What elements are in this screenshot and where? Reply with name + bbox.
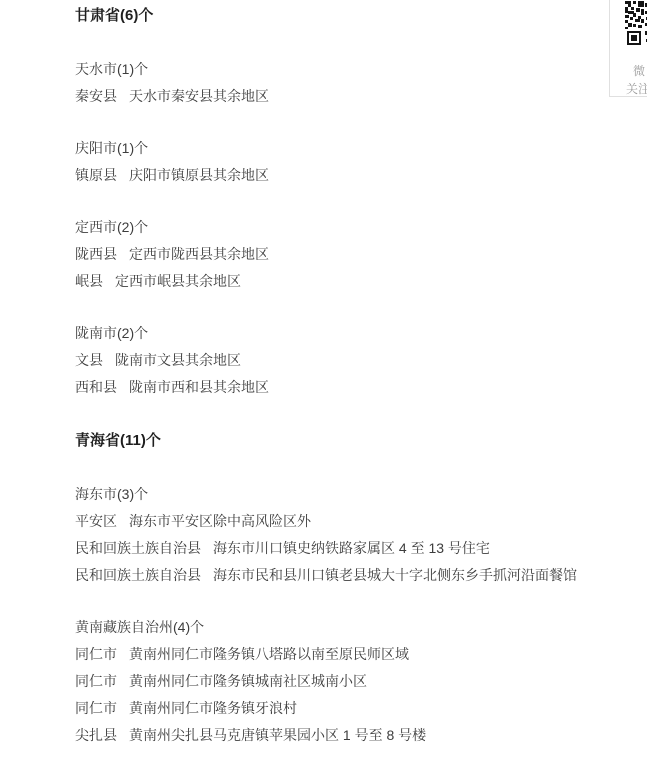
county-name: 镇原县 — [75, 167, 117, 183]
area-description: 黄南州同仁市隆务镇牙浪村 — [129, 700, 297, 716]
area-description: 海东市平安区除中高风险区外 — [129, 513, 311, 529]
risk-area-entry: 平安区海东市平安区除中高风险区外 — [75, 508, 595, 535]
county-name: 同仁市 — [75, 700, 117, 716]
county-name: 民和回族土族自治县 — [75, 567, 201, 583]
wechat-scan-label: 微 — [633, 64, 645, 78]
risk-area-entry: 同仁市黄南州同仁市隆务镇八塔路以南至原民师区域 — [75, 641, 595, 668]
county-name: 西和县 — [75, 379, 117, 395]
county-name: 同仁市 — [75, 673, 117, 689]
wechat-follow-label: 关注 — [626, 82, 647, 96]
county-name: 民和回族土族自治县 — [75, 540, 201, 556]
qr-code-icon — [625, 1, 647, 47]
risk-area-entry: 民和回族土族自治县海东市川口镇史纳铁路家属区 4 至 13 号住宅 — [75, 535, 595, 562]
city-group: 黄南藏族自治州(4)个同仁市黄南州同仁市隆务镇八塔路以南至原民师区域同仁市黄南州… — [75, 614, 595, 749]
risk-area-entry: 同仁市黄南州同仁市隆务镇城南社区城南小区 — [75, 668, 595, 695]
risk-area-entry: 秦安县天水市秦安县其余地区 — [75, 83, 595, 110]
city-heading: 定西市(2)个 — [75, 214, 595, 241]
area-description: 海东市民和县川口镇老县城大十字北侧东乡手抓河沿面餐馆 — [213, 567, 577, 583]
area-description: 陇南市文县其余地区 — [115, 352, 241, 368]
city-group: 定西市(2)个陇西县定西市陇西县其余地区岷县定西市岷县其余地区 — [75, 214, 595, 295]
county-name: 同仁市 — [75, 646, 117, 662]
province-heading: 甘肃省(6)个 — [75, 2, 595, 29]
province-heading: 青海省(11)个 — [75, 427, 595, 454]
city-heading: 庆阳市(1)个 — [75, 135, 595, 162]
city-group: 海东市(3)个平安区海东市平安区除中高风险区外民和回族土族自治县海东市川口镇史纳… — [75, 481, 595, 589]
risk-area-entry: 同仁市黄南州同仁市隆务镇牙浪村 — [75, 695, 595, 722]
county-name: 文县 — [75, 352, 103, 368]
area-description: 庆阳市镇原县其余地区 — [129, 167, 269, 183]
area-description: 海东市川口镇史纳铁路家属区 4 至 13 号住宅 — [213, 540, 490, 556]
county-name: 尖扎县 — [75, 727, 117, 743]
county-name: 陇西县 — [75, 246, 117, 262]
city-heading: 陇南市(2)个 — [75, 320, 595, 347]
county-name: 秦安县 — [75, 88, 117, 104]
area-description: 天水市秦安县其余地区 — [129, 88, 269, 104]
city-group: 陇南市(2)个文县陇南市文县其余地区西和县陇南市西和县其余地区 — [75, 320, 595, 401]
risk-area-entry: 陇西县定西市陇西县其余地区 — [75, 241, 595, 268]
risk-area-entry: 文县陇南市文县其余地区 — [75, 347, 595, 374]
city-heading: 黄南藏族自治州(4)个 — [75, 614, 595, 641]
risk-area-entry: 岷县定西市岷县其余地区 — [75, 268, 595, 295]
risk-area-entry: 尖扎县黄南州尖扎县马克唐镇苹果园小区 1 号至 8 号楼 — [75, 722, 595, 749]
risk-area-entry: 民和回族土族自治县海东市民和县川口镇老县城大十字北侧东乡手抓河沿面餐馆 — [75, 562, 595, 589]
risk-area-entry: 镇原县庆阳市镇原县其余地区 — [75, 162, 595, 189]
area-description: 陇南市西和县其余地区 — [129, 379, 269, 395]
city-heading: 天水市(1)个 — [75, 56, 595, 83]
city-group: 庆阳市(1)个镇原县庆阳市镇原县其余地区 — [75, 135, 595, 189]
area-description: 黄南州尖扎县马克唐镇苹果园小区 1 号至 8 号楼 — [129, 727, 426, 743]
risk-area-list: 甘肃省(6)个天水市(1)个秦安县天水市秦安县其余地区庆阳市(1)个镇原县庆阳市… — [75, 2, 595, 749]
area-description: 黄南州同仁市隆务镇八塔路以南至原民师区域 — [129, 646, 409, 662]
city-group: 天水市(1)个秦安县天水市秦安县其余地区 — [75, 56, 595, 110]
area-description: 定西市陇西县其余地区 — [129, 246, 269, 262]
area-description: 定西市岷县其余地区 — [115, 273, 241, 289]
risk-area-entry: 西和县陇南市西和县其余地区 — [75, 374, 595, 401]
page: { "provinces": [ { "name": "甘肃省(6)个", "c… — [0, 0, 647, 758]
area-description: 黄南州同仁市隆务镇城南社区城南小区 — [129, 673, 367, 689]
county-name: 平安区 — [75, 513, 117, 529]
province-section: 甘肃省(6)个天水市(1)个秦安县天水市秦安县其余地区庆阳市(1)个镇原县庆阳市… — [75, 2, 595, 401]
city-heading: 海东市(3)个 — [75, 481, 595, 508]
wechat-follow-panel: 微 关注 — [609, 0, 647, 97]
county-name: 岷县 — [75, 273, 103, 289]
province-section: 青海省(11)个海东市(3)个平安区海东市平安区除中高风险区外民和回族土族自治县… — [75, 427, 595, 749]
